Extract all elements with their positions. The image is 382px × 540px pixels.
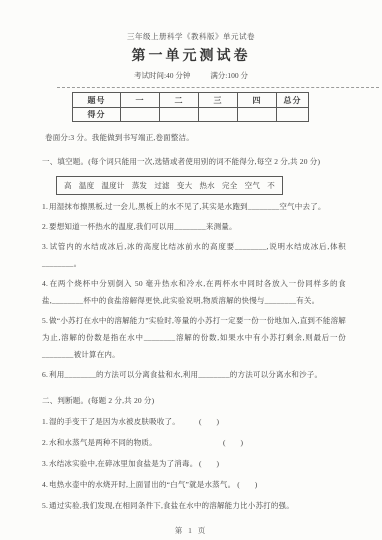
fill-question-1: 1.用湿抹布擦黑板,过一会儿,黑板上的水不见了,其实是水跑到________空气… bbox=[42, 198, 346, 215]
score-header-cell: 题号 bbox=[73, 93, 121, 108]
judge-question-list: 1.湿的手变干了是因为水被皮肤吸收了。( ) 2.水和水蒸气是两种不同的物质。(… bbox=[42, 413, 346, 514]
score-header-cell: 四 bbox=[238, 93, 277, 108]
paper-body: 卷面分:3 分。我能做到书写端正,卷面整洁。 一、填空题。(每个词只能用一次,选… bbox=[0, 132, 382, 514]
question-text: 试管内的水结成冰后,冰的高度比结冰前水的高度要________,说明水结成冰后,… bbox=[42, 242, 346, 268]
score-cell bbox=[277, 108, 309, 122]
exam-paper: 三年级上册科学《教科版》单元试卷 第一单元测试卷 考试时间:40 分钟 满分:1… bbox=[0, 0, 382, 540]
fill-question-list: 1.用湿抹布擦黑板,过一会儿,黑板上的水不见了,其实是水跑到________空气… bbox=[42, 198, 346, 383]
word-bank-item: 过滤 bbox=[154, 180, 169, 191]
page-footer: 第 1 页 bbox=[0, 526, 382, 536]
score-cell bbox=[121, 108, 160, 122]
fill-question-3: 3.试管内的水结成冰后,冰的高度比结冰前水的高度要________,说明水结成冰… bbox=[42, 238, 346, 272]
question-number: 1. bbox=[42, 417, 48, 426]
full-score-label: 满分:100 分 bbox=[210, 71, 248, 80]
word-bank-item: 温度计 bbox=[101, 180, 124, 191]
score-cell bbox=[160, 108, 199, 122]
judge-question-3: 3.水结冰实验中,在碎冰里加食盐是为了消毒。( ) bbox=[42, 455, 346, 472]
fill-question-6: 6.利用________的方法可以分离食盐和水,利用________的方法可以分… bbox=[42, 366, 346, 383]
question-number: 1. bbox=[42, 202, 48, 211]
question-number: 4. bbox=[42, 480, 48, 489]
fill-question-5: 5.做“小苏打在水中的溶解能力”实验时,等量的小苏打一定要一份一份地加入,直到不… bbox=[42, 312, 346, 363]
answer-bracket: ( ) bbox=[223, 434, 243, 451]
question-text: 利用________的方法可以分离食盐和水,利用________的方法可以分离水… bbox=[49, 370, 322, 379]
question-number: 4. bbox=[42, 279, 48, 288]
word-bank-item: 空气 bbox=[245, 180, 260, 191]
word-bank-item: 完全 bbox=[222, 180, 237, 191]
score-header-cell: 三 bbox=[199, 93, 238, 108]
answer-bracket: ( ) bbox=[199, 413, 219, 430]
dashed-divider bbox=[57, 87, 379, 88]
word-bank: 高 温度 温度计 蒸发 过滤 变大 热水 完全 空气 不 bbox=[56, 176, 283, 195]
score-cell bbox=[199, 108, 238, 122]
score-header-cell: 总分 bbox=[277, 93, 309, 108]
question-text: 湿的手变干了是因为水被皮肤吸收了。 bbox=[49, 417, 180, 426]
section2-heading: 二、判断题。(每题 2 分,共 20 分) bbox=[42, 392, 346, 409]
answer-bracket: ( ) bbox=[199, 455, 219, 472]
score-table: 题号 一 二 三 四 总分 得分 bbox=[72, 92, 309, 122]
question-number: 3. bbox=[42, 242, 48, 251]
judge-question-2: 2.水和水蒸气是两种不同的物质。( ) bbox=[42, 434, 346, 451]
score-cell bbox=[238, 108, 277, 122]
score-table-value-row: 得分 bbox=[73, 108, 309, 122]
question-number: 2. bbox=[42, 222, 48, 231]
score-row-label: 得分 bbox=[73, 108, 121, 122]
word-bank-item: 温度 bbox=[79, 180, 94, 191]
page-title: 第一单元测试卷 bbox=[0, 48, 382, 66]
judge-question-5: 5.通过实验,我们发现,在相同条件下,食盐在水中的溶解能力比小苏打的强。 bbox=[42, 497, 346, 514]
word-bank-item: 蒸发 bbox=[132, 180, 147, 191]
question-text: 通过实验,我们发现,在相同条件下,食盐在水中的溶解能力比小苏打的强。 bbox=[49, 501, 294, 510]
question-number: 6. bbox=[42, 370, 48, 379]
exam-time-label: 考试时间:40 分钟 bbox=[134, 71, 190, 80]
word-bank-item: 变大 bbox=[177, 180, 192, 191]
word-bank-item: 不 bbox=[267, 180, 275, 191]
judge-question-4: 4.电热水壶中的水烧开时,上面冒出的“白气”就是水蒸气。( ) bbox=[42, 476, 346, 493]
paper-score-note: 卷面分:3 分。我能做到书写端正,卷面整洁。 bbox=[45, 132, 346, 144]
question-number: 5. bbox=[42, 501, 48, 510]
question-number: 3. bbox=[42, 459, 48, 468]
question-text: 要想知道一杯热水的温度,我们可以用________来测量。 bbox=[49, 222, 237, 231]
score-header-cell: 二 bbox=[160, 93, 199, 108]
question-text: 电热水壶中的水烧开时,上面冒出的“白气”就是水蒸气。 bbox=[49, 480, 235, 489]
section1-heading: 一、填空题。(每个词只能用一次,选错或者使用别的词不能得分,每空 2 分,共 2… bbox=[42, 153, 346, 170]
question-text: 在两个烧杯中分别倒入 50 毫升热水和冷水,在两杯水中同时各放入一份同样多的食盐… bbox=[42, 279, 346, 305]
word-bank-item: 热水 bbox=[199, 180, 214, 191]
score-table-header-row: 题号 一 二 三 四 总分 bbox=[73, 93, 309, 108]
fill-question-2: 2.要想知道一杯热水的温度,我们可以用________来测量。 bbox=[42, 218, 346, 235]
score-header-cell: 一 bbox=[121, 93, 160, 108]
exam-info: 考试时间:40 分钟 满分:100 分 bbox=[0, 71, 382, 81]
question-text: 用湿抹布擦黑板,过一会儿,黑板上的水不见了,其实是水跑到________空气中去… bbox=[49, 202, 326, 211]
word-bank-item: 高 bbox=[64, 180, 72, 191]
question-text: 水和水蒸气是两种不同的物质。 bbox=[49, 438, 157, 447]
question-number: 2. bbox=[42, 438, 48, 447]
answer-bracket: ( ) bbox=[237, 480, 257, 489]
course-title: 三年级上册科学《教科版》单元试卷 bbox=[0, 32, 382, 42]
judge-question-1: 1.湿的手变干了是因为水被皮肤吸收了。( ) bbox=[42, 413, 346, 430]
question-number: 5. bbox=[42, 316, 48, 325]
fill-question-4: 4.在两个烧杯中分别倒入 50 毫升热水和冷水,在两杯水中同时各放入一份同样多的… bbox=[42, 275, 346, 309]
question-text: 做“小苏打在水中的溶解能力”实验时,等量的小苏打一定要一份一份地加入,直到不能溶… bbox=[42, 316, 346, 359]
question-text: 水结冰实验中,在碎冰里加食盐是为了消毒。 bbox=[49, 459, 197, 468]
